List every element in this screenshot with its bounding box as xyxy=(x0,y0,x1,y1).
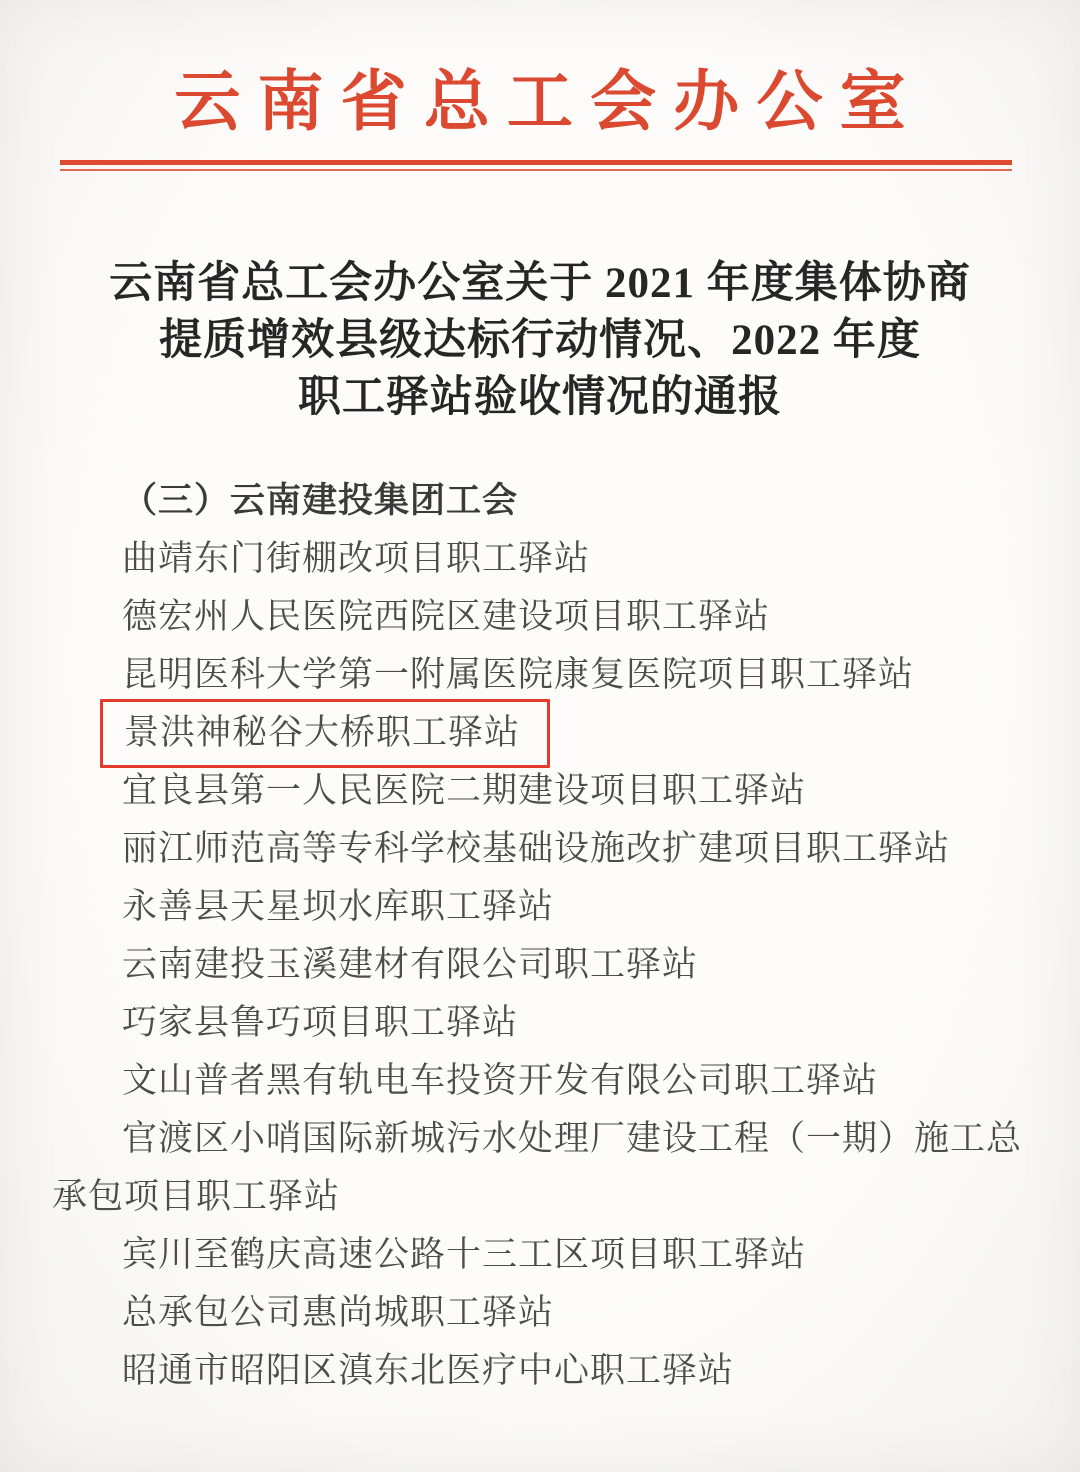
station-row: 宾川至鹤庆高速公路十三工区项目职工驿站 xyxy=(52,1226,1030,1284)
letterhead-divider-rule xyxy=(60,160,1012,171)
document-title-line-2: 提质增效县级达标行动情况、2022 年度 xyxy=(0,312,1080,369)
station-row: 官渡区小哨国际新城污水处理厂建设工程（一期）施工总承包项目职工驿站 xyxy=(52,1110,1030,1226)
document-title: 云南省总工会办公室关于 2021 年度集体协商 提质增效县级达标行动情况、202… xyxy=(0,255,1080,426)
station-row: 巧家县鲁巧项目职工驿站 xyxy=(52,994,1030,1052)
station-row: 昭通市昭阳区滇东北医疗中心职工驿站 xyxy=(52,1342,1030,1400)
station-row: 宜良县第一人民医院二期建设项目职工驿站 xyxy=(52,762,1030,820)
station-row: 曲靖东门街棚改项目职工驿站 xyxy=(52,530,1030,588)
document-title-line-3: 职工驿站验收情况的通报 xyxy=(0,369,1080,426)
letterhead-org-name: 云南省总工会办公室 xyxy=(0,70,1080,136)
document-title-line-1: 云南省总工会办公室关于 2021 年度集体协商 xyxy=(0,255,1080,312)
red-highlight-box: 景洪神秘谷大桥职工驿站 xyxy=(100,699,550,768)
scanned-document-page: 云南省总工会办公室 云南省总工会办公室关于 2021 年度集体协商 提质增效县级… xyxy=(0,0,1080,1472)
station-row: 丽江师范高等专科学校基础设施改扩建项目职工驿站 xyxy=(52,820,1030,878)
station-list: （三）云南建投集团工会 曲靖东门街棚改项目职工驿站 德宏州人民医院西院区建设项目… xyxy=(0,472,1080,1400)
station-row: 云南建投玉溪建材有限公司职工驿站 xyxy=(52,936,1030,994)
station-row: 文山普者黑有轨电车投资开发有限公司职工驿站 xyxy=(52,1052,1030,1110)
section-heading: （三）云南建投集团工会 xyxy=(52,472,1030,530)
station-row-highlighted: 景洪神秘谷大桥职工驿站 xyxy=(52,704,1030,762)
station-row: 永善县天星坝水库职工驿站 xyxy=(52,878,1030,936)
station-row: 德宏州人民医院西院区建设项目职工驿站 xyxy=(52,588,1030,646)
station-row: 总承包公司惠尚城职工驿站 xyxy=(52,1284,1030,1342)
station-row: 昆明医科大学第一附属医院康复医院项目职工驿站 xyxy=(52,646,1030,704)
